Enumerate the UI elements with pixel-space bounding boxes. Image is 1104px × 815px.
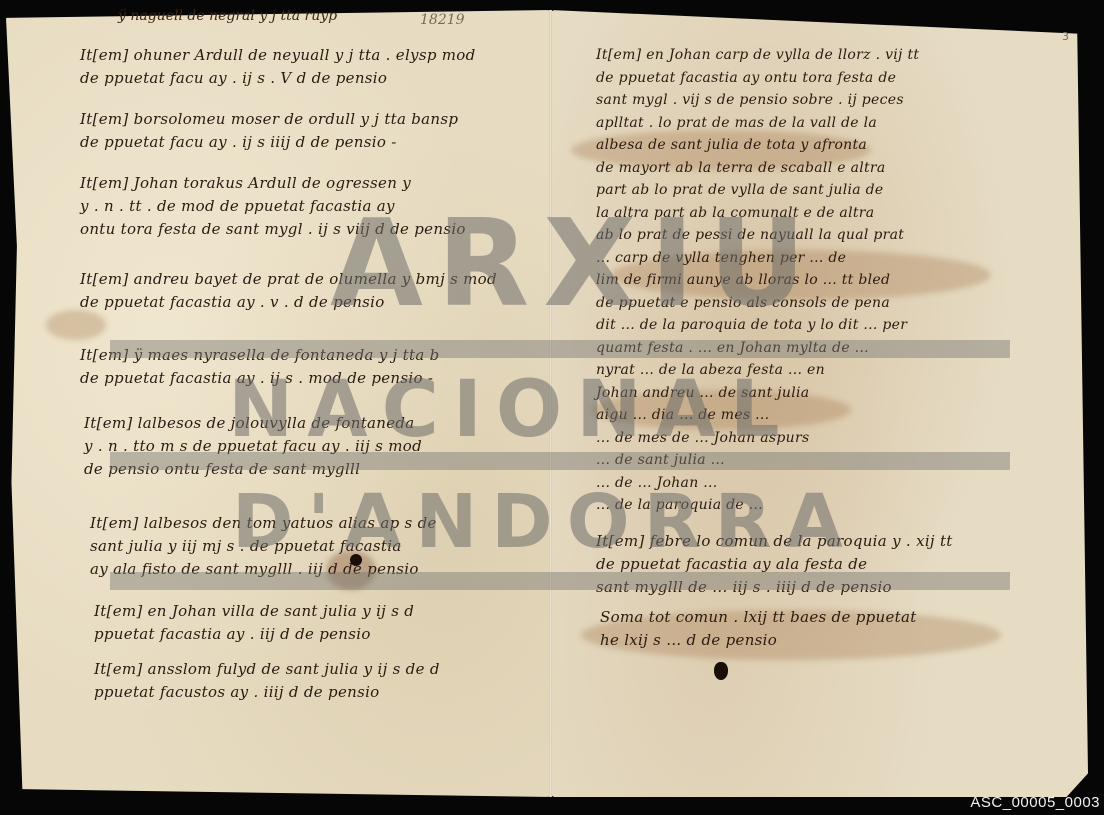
entry-line: albesa de sant julia de tota y afronta: [596, 134, 919, 157]
entry-line: sant mygl . vij s de pensio sobre . ij p…: [596, 89, 919, 112]
top-note-left: ÿ naguell de negral y j tta ruyp: [118, 8, 337, 24]
entry-line: de mayort ab la terra de scaball e altra: [596, 157, 919, 180]
entry-line: aplltat . lo prat de mas de la vall de l…: [596, 112, 919, 135]
entry-line: ppuetat facustos ay . iiij d de pensio: [94, 681, 440, 704]
entry-line: It[em] Johan torakus Ardull de ogressen …: [80, 172, 466, 195]
entry-line: de ppuetat facu ay . ij s . V d de pensi…: [80, 67, 476, 90]
watermark-band: [110, 340, 1010, 358]
entry-line: de ppuetat facu ay . ij s iiij d de pens…: [80, 131, 458, 154]
ink-blot: [714, 662, 728, 680]
file-label: ASC_00005_0003: [970, 794, 1100, 811]
entry-line: ppuetat facastia ay . iij d de pensio: [94, 623, 414, 646]
left-entry: It[em] en Johan villa de sant julia y ij…: [94, 600, 414, 646]
scan-background: ÿ naguell de negral y j tta ruyp 18219 3…: [0, 0, 1104, 815]
watermark-line-3: D'ANDORRA: [232, 482, 857, 562]
entry-line: It[em] ohuner Ardull de neyuall y j tta …: [80, 44, 476, 67]
left-entry: It[em] ansslom fulyd de sant julia y ij …: [94, 658, 440, 704]
top-note-mark: 18219: [420, 12, 465, 28]
entry-line: de ppuetat facastia ay ontu tora festa d…: [596, 67, 919, 90]
entry-line: Soma tot comun . lxij tt baes de ppuetat: [600, 606, 917, 629]
right-entry: Soma tot comun . lxij tt baes de ppuetat…: [600, 606, 917, 652]
left-entry: It[em] ohuner Ardull de neyuall y j tta …: [80, 44, 476, 90]
entry-line: he lxij s ... d de pensio: [600, 629, 917, 652]
entry-line: It[em] en Johan carp de vylla de llorz .…: [596, 44, 919, 67]
entry-line: It[em] en Johan villa de sant julia y ij…: [94, 600, 414, 623]
watermark-band: [110, 572, 1010, 590]
entry-line: It[em] borsolomeu moser de ordull y j tt…: [80, 108, 458, 131]
watermark-line-1: ARXIU: [330, 200, 820, 330]
watermark-line-2: NACIONAL: [228, 370, 794, 450]
left-entry: It[em] borsolomeu moser de ordull y j tt…: [80, 108, 458, 154]
entry-line: It[em] ansslom fulyd de sant julia y ij …: [94, 658, 440, 681]
folio-number: 3: [1062, 30, 1069, 43]
